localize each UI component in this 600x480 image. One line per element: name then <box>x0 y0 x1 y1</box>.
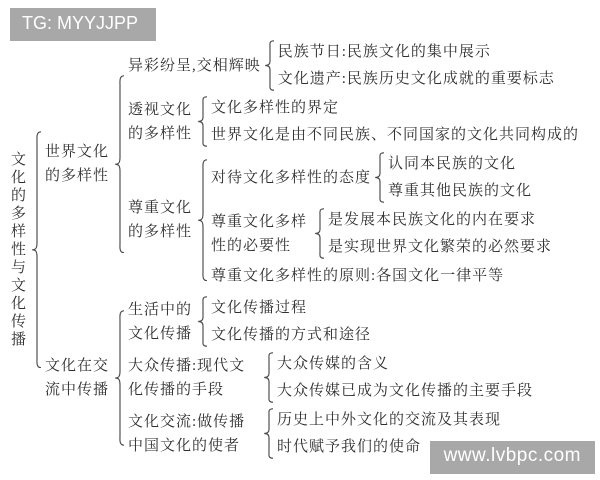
world-culture-children: 异彩纷呈,交相辉映 民族节日:民族文化的集中展示 文化遗产:民族历史文化成就的重… <box>128 40 579 288</box>
tg-badge: TG: MYYJJPP <box>10 8 156 41</box>
brace <box>197 296 208 347</box>
brace <box>114 75 125 254</box>
leaf-inner-requirement: 是发展本民族文化的内在要求 <box>328 208 552 232</box>
brace <box>314 208 325 259</box>
splendid-variety-leaves: 民族节日:民族文化的集中展示 文化遗产:民族历史文化成就的重要标志 <box>278 40 555 91</box>
mass-media-leaves: 大众传媒的含义 大众传媒已成为文化传播的主要手段 <box>277 352 533 403</box>
leaf-mass-media-meaning: 大众传媒的含义 <box>277 352 533 376</box>
branch-culture-exchange-label: 文化交流:做传播中国文化的使者 <box>128 410 260 458</box>
brace <box>264 40 275 91</box>
brace <box>197 159 208 282</box>
branch-culture-spread-in-exchange-label: 文化在交流中传播 <box>45 354 111 402</box>
branch-perspective-diversity-label: 透视文化的多样性 <box>128 98 194 146</box>
branch-attitude-label: 对待文化多样性的态度 <box>211 166 371 190</box>
brace <box>114 310 125 446</box>
branch-perspective-diversity: 透视文化的多样性 文化多样性的界定 世界文化是由不同民族、不同国家的文化共同构成… <box>128 96 579 147</box>
branch-spread-in-life-label: 生活中的文化传播 <box>128 298 194 346</box>
branch-necessity: 尊重文化多样性的必要性 是发展本民族文化的内在要求 是实现世界文化繁荣的必然要求 <box>211 208 552 259</box>
brace <box>197 96 208 147</box>
branch-world-culture-diversity-label: 世界文化的多样性 <box>45 140 111 188</box>
root-children: 世界文化的多样性 异彩纷呈,交相辉映 民族节日:民族文化的集中展示 文化遗产:民… <box>45 40 579 459</box>
necessity-leaves: 是发展本民族文化的内在要求 是实现世界文化繁荣的必然要求 <box>328 208 552 259</box>
leaf-spread-process: 文化传播过程 <box>211 296 371 320</box>
leaf-national-festivals: 民族节日:民族文化的集中展示 <box>278 40 555 64</box>
leaf-world-culture-composition: 世界文化是由不同民族、不同国家的文化共同构成的 <box>211 123 579 147</box>
spread-in-life-leaves: 文化传播过程 文化传播的方式和途径 <box>211 296 371 347</box>
leaf-diversity-definition: 文化多样性的界定 <box>211 96 579 120</box>
leaf-mass-media-main-means: 大众传媒已成为文化传播的主要手段 <box>277 379 533 403</box>
concept-map: 文化的多样性与文化传播 世界文化的多样性 异彩纷呈,交相辉映 民族节日:民族文化… <box>6 40 579 459</box>
branch-necessity-label: 尊重文化多样性的必要性 <box>211 210 311 258</box>
branch-respect-diversity-label: 尊重文化的多样性 <box>128 196 194 244</box>
culture-spread-children: 生活中的文化传播 文化传播过程 文化传播的方式和途径 大众传播:现代文化传播的手… <box>128 296 533 459</box>
attitude-leaves: 认同本民族的文化 尊重其他民族的文化 <box>388 152 532 203</box>
leaf-spread-ways: 文化传播的方式和途径 <box>211 323 371 347</box>
watermark: www.lvbpc.com <box>430 441 595 474</box>
root-label: 文化的多样性与文化传播 <box>6 151 28 349</box>
brace <box>31 131 42 369</box>
brace <box>263 352 274 403</box>
leaf-necessary-requirement: 是实现世界文化繁荣的必然要求 <box>328 235 552 259</box>
perspective-diversity-leaves: 文化多样性的界定 世界文化是由不同民族、不同国家的文化共同构成的 <box>211 96 579 147</box>
branch-splendid-variety-label: 异彩纷呈,交相辉映 <box>128 54 261 78</box>
branch-culture-spread-in-exchange: 文化在交流中传播 生活中的文化传播 文化传播过程 文化传播的方式和途径 <box>45 296 579 459</box>
leaf-cultural-heritage: 文化遗产:民族历史文化成就的重要标志 <box>278 67 555 91</box>
branch-attitude: 对待文化多样性的态度 认同本民族的文化 尊重其他民族的文化 <box>211 152 552 203</box>
branch-respect-diversity: 尊重文化的多样性 对待文化多样性的态度 认同本民族的文化 尊重其他民族的文化 <box>128 152 579 288</box>
brace <box>263 408 274 459</box>
branch-mass-media: 大众传播:现代文化传播的手段 大众传媒的含义 大众传媒已成为文化传播的主要手段 <box>128 352 533 403</box>
leaf-identify-own-culture: 认同本民族的文化 <box>388 152 532 176</box>
leaf-respect-other-cultures: 尊重其他民族的文化 <box>388 179 532 203</box>
root-node: 文化的多样性与文化传播 世界文化的多样性 异彩纷呈,交相辉映 民族节日:民族文化… <box>6 40 579 459</box>
branch-spread-in-life: 生活中的文化传播 文化传播过程 文化传播的方式和途径 <box>128 296 533 347</box>
page: TG: MYYJJPP 文化的多样性与文化传播 世界文化的多样性 异彩纷呈,交相… <box>0 0 600 480</box>
respect-diversity-children: 对待文化多样性的态度 认同本民族的文化 尊重其他民族的文化 尊重文化多样性的必要… <box>211 152 552 288</box>
branch-world-culture-diversity: 世界文化的多样性 异彩纷呈,交相辉映 民族节日:民族文化的集中展示 文化遗产:民… <box>45 40 579 288</box>
leaf-principle-equality: 尊重文化多样性的原则:各国文化一律平等 <box>211 264 552 288</box>
brace <box>374 152 385 203</box>
leaf-history-exchange: 历史上中外文化的交流及其表现 <box>277 408 501 432</box>
branch-mass-media-label: 大众传播:现代文化传播的手段 <box>128 354 260 402</box>
branch-splendid-variety: 异彩纷呈,交相辉映 民族节日:民族文化的集中展示 文化遗产:民族历史文化成就的重… <box>128 40 579 91</box>
